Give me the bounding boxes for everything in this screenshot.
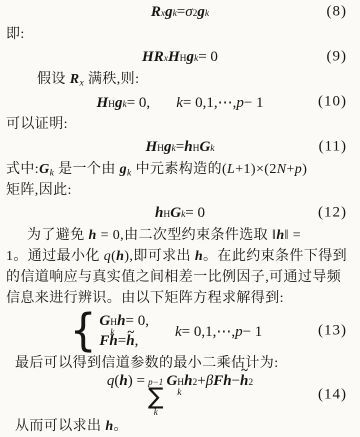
equation-8-number: (8): [327, 4, 348, 21]
math-token-t: 。在此约束条件下得到: [203, 249, 347, 264]
math-token-i: q: [104, 249, 111, 264]
math-token-b: HR: [142, 49, 164, 66]
math-token-tld: h: [126, 331, 134, 351]
text-line-conger: 从而可以求出 h。: [0, 416, 360, 437]
math-token-t: 的信道响应与真实值之间相差一比例因子,可通过导频: [6, 270, 341, 285]
math-token-t: 即:: [6, 27, 25, 42]
math-token-b: h: [195, 249, 203, 264]
equation-10-number: (10): [318, 94, 347, 111]
math-token-i: N: [277, 162, 287, 177]
math-token-i: p: [236, 95, 244, 112]
math-token-b: H: [96, 95, 108, 112]
math-token-b: Fh: [213, 373, 231, 390]
paragraph-line-4: 信息来进行辨识。由以下矩阵方程求解得到:: [0, 288, 360, 309]
math-token-t: 为了避免: [27, 228, 89, 243]
equation-11-body: HHgk = hHGk: [145, 139, 214, 156]
math-token-t: = 0,1,⋯,: [182, 322, 235, 341]
paragraph-line-1: 为了避免 h = 0,由二次型约束条件选取 ‖h‖ =: [0, 225, 360, 246]
equation-13-number: (13): [318, 323, 347, 340]
math-token-b: h: [119, 373, 127, 390]
math-token-t: 信息来进行辨识。由以下矩阵方程求解得到:: [6, 291, 284, 306]
math-token-b: g: [197, 4, 205, 21]
math-token-t: 是一个由: [54, 162, 119, 177]
math-token-b: g: [165, 4, 173, 21]
math-token-t: 假设: [37, 72, 70, 87]
math-token-i: k: [176, 95, 183, 112]
equation-13: { GHkh = 0, Fh = h, k = 0,1,⋯,p − 1 (13): [0, 309, 360, 353]
math-token-t: = 0,由二次型约束条件选取 ‖: [97, 228, 277, 243]
equation-11: HHgk = hHGk (11): [0, 135, 360, 159]
math-token-b: R: [70, 72, 80, 87]
paragraph-line-2: 1。通过最小化 q(h),即可求出 h。在此约束条件下得到: [0, 246, 360, 267]
text-line-jiashe: 假设 Rx 满秩,则:: [0, 69, 360, 90]
math-token-b: G: [166, 373, 177, 390]
math-token-b: h: [155, 205, 163, 222]
math-token-b: Fh: [99, 331, 117, 351]
equation-system: { GHkh = 0, Fh = h, k = 0,1,⋯,p − 1: [70, 311, 263, 351]
math-token-t: 满秩,则:: [84, 72, 139, 87]
math-token-i: q: [107, 373, 115, 390]
math-token-b: H: [168, 49, 180, 66]
math-token-b: h: [117, 311, 125, 331]
math-token-t: 可以证明:: [6, 117, 68, 132]
system-brace: {: [70, 312, 97, 349]
math-token-t: ),即可求出: [124, 249, 194, 264]
math-token-b: h: [184, 139, 192, 156]
math-token-t: = 0,: [127, 95, 150, 112]
math-token-b: g: [164, 139, 172, 156]
math-token-sum: p−1∑k: [148, 378, 164, 418]
math-token-t: 从而可以求出: [15, 419, 105, 434]
math-token-t: ‖ =: [285, 228, 302, 243]
math-token-t: 1。通过最小化: [6, 249, 104, 264]
system-row-1: GHkh = 0,: [99, 311, 149, 331]
equation-14-body: q(h) = p−1∑kGHkh2 + βFh − h2: [107, 373, 253, 418]
math-token-t: +: [197, 373, 205, 390]
equation-10-body: HHgk = 0,k = 0,1,⋯,p − 1: [96, 93, 263, 112]
math-token-t: =: [118, 331, 126, 351]
math-token-t: = 0,1,⋯,: [183, 93, 236, 112]
math-token-i: σ: [185, 4, 192, 21]
equation-9-body: HRxHHgk = 0: [142, 49, 218, 66]
math-token-i: p: [235, 324, 243, 341]
math-token-t: 中元素构造的(: [132, 162, 227, 177]
math-token-t: −: [232, 373, 240, 390]
math-token-b: g: [115, 95, 123, 112]
math-token-b: H: [145, 139, 157, 156]
math-token-b: R: [151, 4, 161, 21]
math-token-t: +1)×(2: [235, 162, 277, 177]
math-token-t: ,: [135, 331, 139, 351]
math-token-t: 矩阵,因此:: [6, 183, 72, 198]
math-token-b: g: [187, 49, 195, 66]
math-token-b: G: [170, 205, 181, 222]
math-token-b: g: [120, 162, 127, 177]
text-line-shizhong: 式中:Gk 是一个由 gk 中元素构造的(L+1)×(2N+p): [0, 159, 360, 180]
math-token-t: =: [177, 4, 185, 21]
math-token-t: 最后可以得到信道参数的最小二乘估计为:: [15, 356, 279, 371]
math-token-i: L: [227, 162, 235, 177]
math-token-i: k: [175, 324, 182, 341]
equation-13-body: { GHkh = 0, Fh = h, k = 0,1,⋯,p − 1: [70, 311, 263, 351]
system-row-2: Fh = h,: [99, 331, 138, 351]
math-token-t: = 0: [198, 49, 218, 66]
math-token-t: +: [287, 162, 295, 177]
equation-9-number: (9): [327, 49, 348, 66]
math-token-b: h: [105, 419, 113, 434]
equation-8: Rxgk = σ2gk (8): [0, 0, 360, 24]
math-token-b: h: [184, 373, 192, 390]
text-line-keyi: 可以证明:: [0, 114, 360, 135]
paragraph-line-3: 的信道响应与真实值之间相差一比例因子,可通过导频: [0, 267, 360, 288]
equation-10: HHgk = 0,k = 0,1,⋯,p − 1 (10): [0, 90, 360, 114]
math-token-t: − 1: [243, 324, 263, 341]
math-token-t: =: [176, 139, 184, 156]
math-token-b: G: [99, 311, 110, 331]
math-token-t: ): [302, 162, 307, 177]
equation-14: q(h) = p−1∑kGHkh2 + βFh − h2 (14): [0, 374, 360, 416]
equation-12-number: (12): [318, 205, 347, 222]
math-token-ss: Hk: [177, 379, 184, 399]
equation-14-number: (14): [318, 387, 347, 404]
text-line-ji: 即:: [0, 24, 360, 45]
equation-11-number: (11): [319, 139, 347, 156]
text-line-zuihou: 最后可以得到信道参数的最小二乘估计为:: [0, 353, 360, 374]
equation-9: HRxHHgk = 0 (9): [0, 45, 360, 69]
math-token-b: G: [39, 162, 50, 177]
math-token-tld: h: [240, 373, 248, 390]
equation-8-body: Rxgk = σ2gk: [151, 4, 209, 21]
equation-12: hHGk = 0 (12): [0, 201, 360, 225]
math-token-t: ) =: [128, 373, 145, 390]
document-page: Rxgk = σ2gk (8) 即: HRxHHgk = 0 (9) 假设 Rx…: [0, 0, 360, 437]
math-token-b: h: [89, 228, 97, 243]
equation-12-body: hHGk = 0: [155, 205, 205, 222]
math-token-b: G: [199, 139, 210, 156]
math-token-t: 。: [114, 419, 128, 434]
system-condition: k = 0,1,⋯,p − 1: [175, 322, 262, 341]
math-token-t: − 1: [244, 95, 264, 112]
system-rows: GHkh = 0, Fh = h,: [99, 311, 149, 351]
math-token-t: 式中:: [6, 162, 39, 177]
math-token-t: = 0: [185, 205, 205, 222]
math-token-b: h: [276, 228, 284, 243]
text-line-juzhen: 矩阵,因此:: [0, 180, 360, 201]
